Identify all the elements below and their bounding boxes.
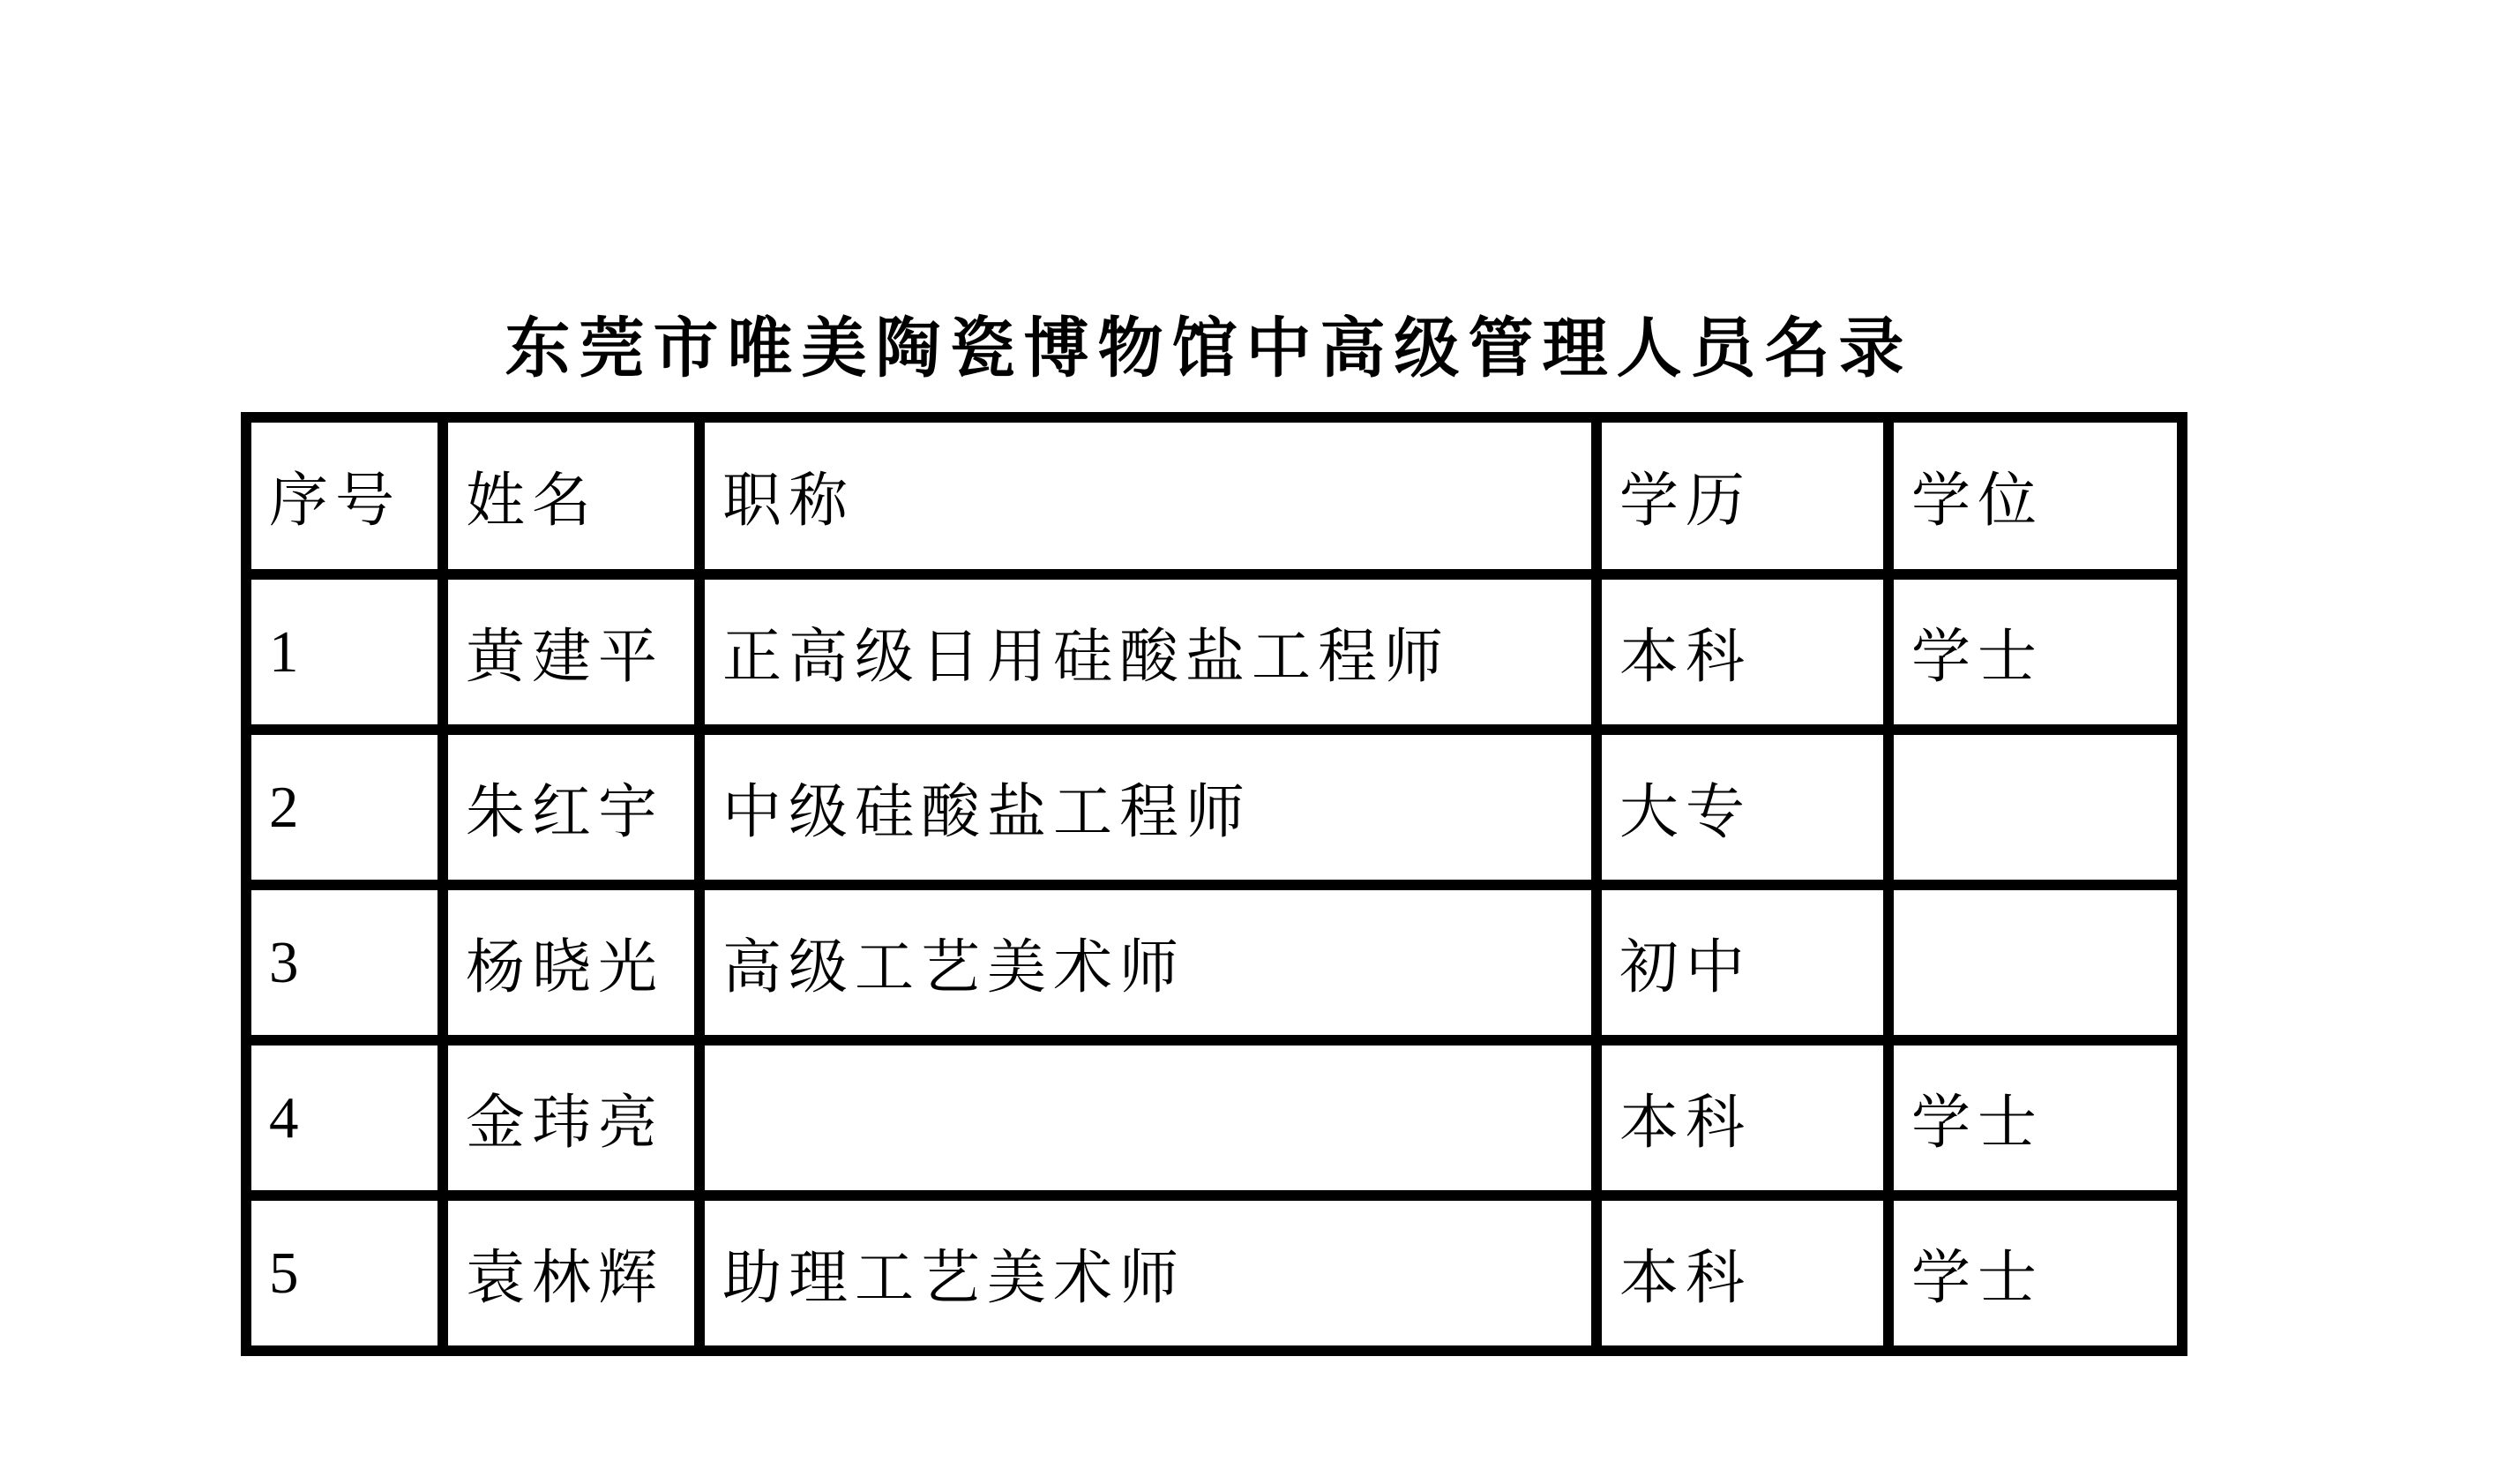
table-cell: 学士 xyxy=(1888,1040,2182,1195)
table-body: 1黄建平正高级日用硅酸盐工程师本科学士2朱红宇中级硅酸盐工程师大专3杨晓光高级工… xyxy=(246,574,2182,1351)
header-row: 序号姓名职称学历学位 xyxy=(246,417,2182,574)
table-row: 3杨晓光高级工艺美术师初中 xyxy=(246,885,2182,1040)
table-cell: 袁林辉 xyxy=(443,1195,699,1351)
table-cell: 初中 xyxy=(1596,885,1888,1040)
column-header: 职称 xyxy=(699,417,1596,574)
table-cell: 中级硅酸盐工程师 xyxy=(699,730,1596,885)
table-header: 序号姓名职称学历学位 xyxy=(246,417,2182,574)
table-cell: 高级工艺美术师 xyxy=(699,885,1596,1040)
table-cell xyxy=(1888,730,2182,885)
table-cell: 本科 xyxy=(1596,1040,1888,1195)
table-cell: 学士 xyxy=(1888,574,2182,730)
table-cell: 1 xyxy=(246,574,443,730)
page-title: 东莞市唯美陶瓷博物馆中高级管理人员名录 xyxy=(241,296,2177,390)
table-row: 1黄建平正高级日用硅酸盐工程师本科学士 xyxy=(246,574,2182,730)
table-cell: 助理工艺美术师 xyxy=(699,1195,1596,1351)
table-cell: 3 xyxy=(246,885,443,1040)
personnel-table: 序号姓名职称学历学位 1黄建平正高级日用硅酸盐工程师本科学士2朱红宇中级硅酸盐工… xyxy=(241,412,2187,1356)
table-row: 4金玮亮本科学士 xyxy=(246,1040,2182,1195)
table-cell: 朱红宇 xyxy=(443,730,699,885)
table-cell: 本科 xyxy=(1596,574,1888,730)
table-row: 5袁林辉助理工艺美术师本科学士 xyxy=(246,1195,2182,1351)
table-cell: 本科 xyxy=(1596,1195,1888,1351)
table-cell xyxy=(699,1040,1596,1195)
document-page: { "page": { "title": "东莞市唯美陶瓷博物馆中高级管理人员名… xyxy=(0,0,2520,1469)
column-header: 姓名 xyxy=(443,417,699,574)
table-cell: 金玮亮 xyxy=(443,1040,699,1195)
column-header: 序号 xyxy=(246,417,443,574)
table-cell: 杨晓光 xyxy=(443,885,699,1040)
table-cell: 学士 xyxy=(1888,1195,2182,1351)
table-cell: 大专 xyxy=(1596,730,1888,885)
table-row: 2朱红宇中级硅酸盐工程师大专 xyxy=(246,730,2182,885)
table-cell: 2 xyxy=(246,730,443,885)
table-cell: 4 xyxy=(246,1040,443,1195)
column-header: 学位 xyxy=(1888,417,2182,574)
table-cell: 5 xyxy=(246,1195,443,1351)
table-cell: 黄建平 xyxy=(443,574,699,730)
column-header: 学历 xyxy=(1596,417,1888,574)
table-cell xyxy=(1888,885,2182,1040)
table-cell: 正高级日用硅酸盐工程师 xyxy=(699,574,1596,730)
